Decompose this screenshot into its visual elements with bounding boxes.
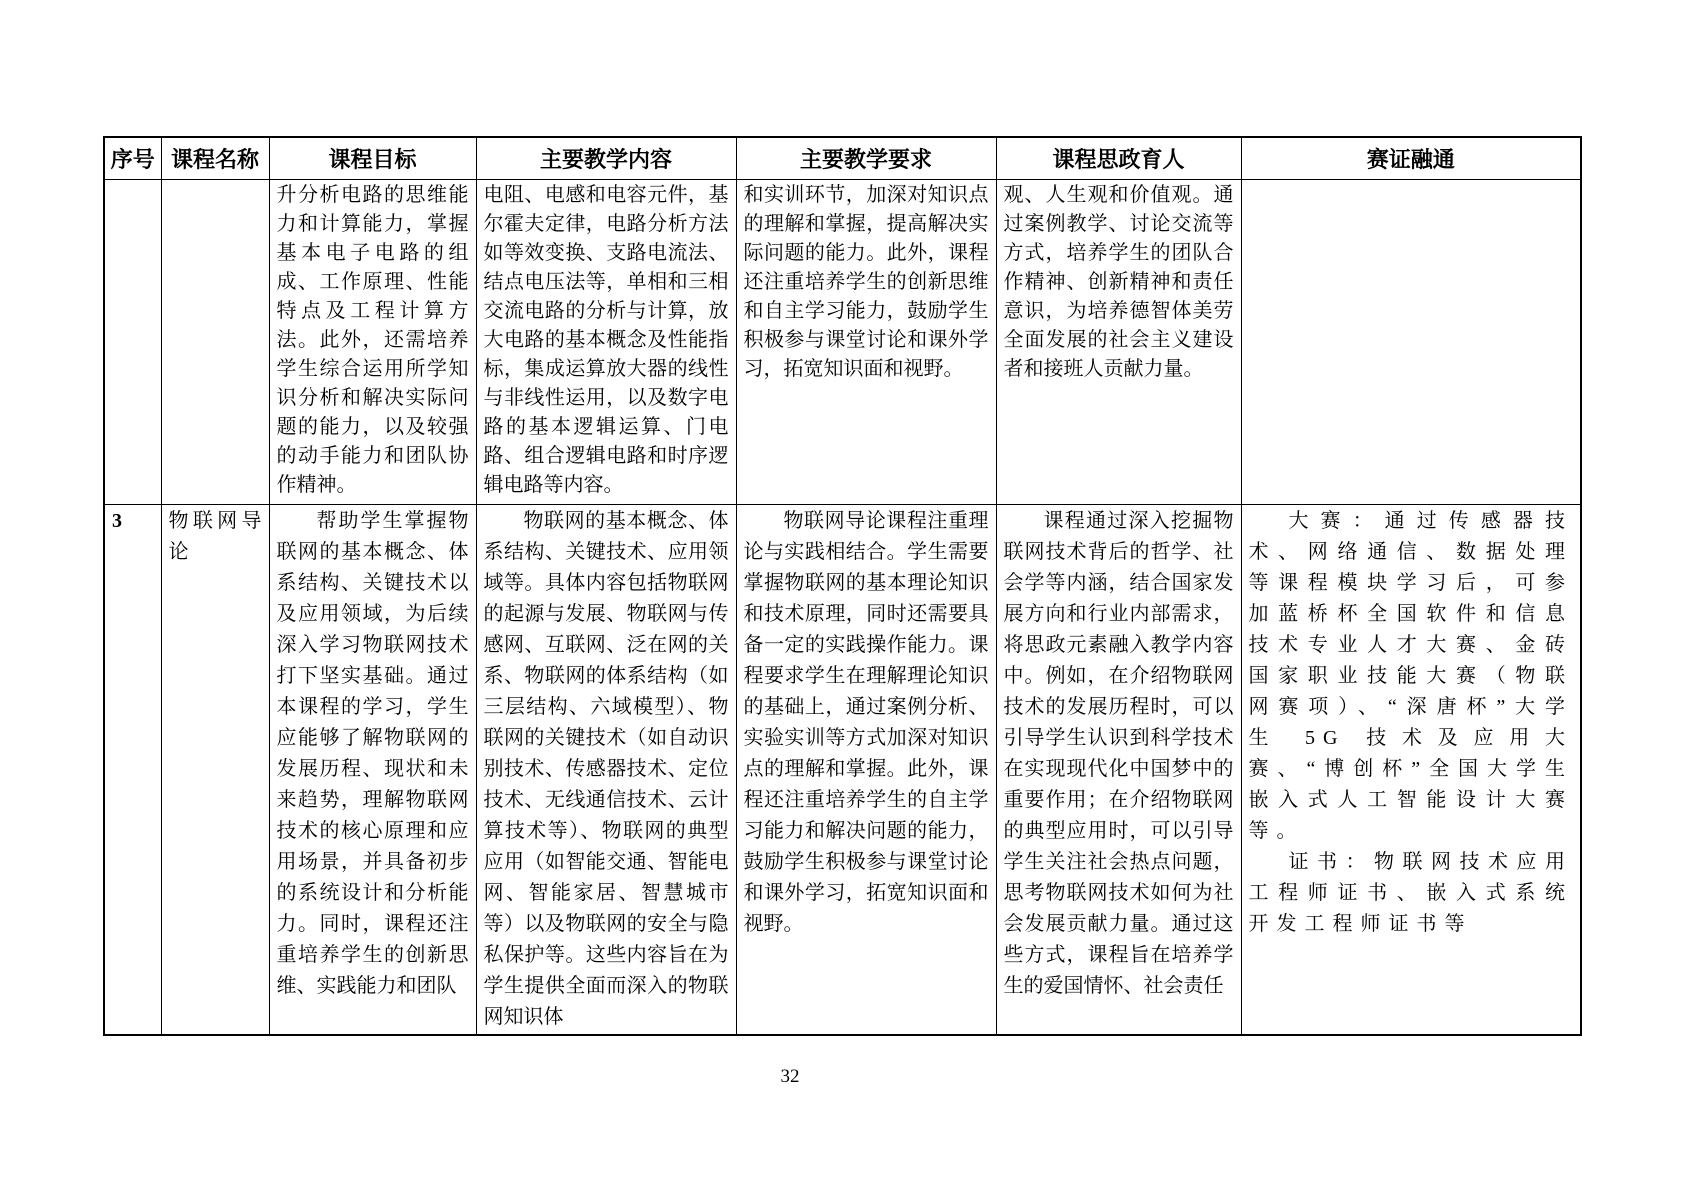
ideology-text: 课程通过深入挖掘物联网技术背后的哲学、社会学等内涵，结合国家发展方向和行业内部需…: [1004, 506, 1234, 1002]
course-name-value: 物联网导论: [169, 506, 262, 568]
cell-course-name: [161, 179, 269, 504]
cell-requirements: 物联网导论课程注重理论与实践相结合。学生需要掌握物联网的基本理论知识和技术原理，…: [736, 504, 996, 1035]
cell-seq: [104, 179, 161, 504]
requirements-text: 和实训环节，加深对知识点的理解和掌握，提高解决实际问题的能力。此外，课程还注重培…: [744, 181, 989, 384]
cell-certification: [1241, 179, 1581, 504]
content-text: 电阻、电感和电容元件，基尔霍夫定律，电路分析方法如等效变换、支路电流法、结点电压…: [484, 181, 729, 500]
header-content: 主要教学内容: [476, 137, 736, 179]
header-certification: 赛证融通: [1241, 137, 1581, 179]
cell-certification: 大赛：通过传感器技术、网络通信、数据处理等课程模块学习后，可参加蓝桥杯全国软件和…: [1241, 504, 1581, 1035]
content-text: 物联网的基本概念、体系结构、关键技术、应用领域等。具体内容包括物联网的起源与发展…: [484, 506, 729, 1033]
objectives-text: 升分析电路的思维能力和计算能力，掌握基本电子电路的组成、工作原理、性能特点及工程…: [277, 181, 469, 500]
header-objectives: 课程目标: [269, 137, 476, 179]
table-row-iot: 3 物联网导论 帮助学生掌握物联网的基本概念、体系结构、关键技术以及应用领域，为…: [104, 504, 1581, 1035]
course-table: 序号 课程名称 课程目标 主要教学内容 主要教学要求 课程思政育人 赛证融通 升…: [103, 136, 1582, 1036]
cell-ideology: 课程通过深入挖掘物联网技术背后的哲学、社会学等内涵，结合国家发展方向和行业内部需…: [996, 504, 1241, 1035]
table-row-continued: 升分析电路的思维能力和计算能力，掌握基本电子电路的组成、工作原理、性能特点及工程…: [104, 179, 1581, 504]
cell-seq: 3: [104, 504, 161, 1035]
header-ideology: 课程思政育人: [996, 137, 1241, 179]
seq-value: 3: [112, 506, 154, 537]
document-page: 序号 课程名称 课程目标 主要教学内容 主要教学要求 课程思政育人 赛证融通 升…: [0, 0, 1684, 1191]
cell-objectives: 帮助学生掌握物联网的基本概念、体系结构、关键技术以及应用领域，为后续深入学习物联…: [269, 504, 476, 1035]
page-number: 32: [0, 1066, 1580, 1088]
cell-content: 电阻、电感和电容元件，基尔霍夫定律，电路分析方法如等效变换、支路电流法、结点电压…: [476, 179, 736, 504]
table-header-row: 序号 课程名称 课程目标 主要教学内容 主要教学要求 课程思政育人 赛证融通: [104, 137, 1581, 179]
certification-certificate-text: 证书：物联网技术应用工程师证书、嵌入式系统开发工程师证书等: [1249, 847, 1574, 940]
cell-course-name: 物联网导论: [161, 504, 269, 1035]
certification-competition-text: 大赛：通过传感器技术、网络通信、数据处理等课程模块学习后，可参加蓝桥杯全国软件和…: [1249, 506, 1574, 847]
cell-ideology: 观、人生观和价值观。通过案例教学、讨论交流等方式，培养学生的团队合作精神、创新精…: [996, 179, 1241, 504]
requirements-text: 物联网导论课程注重理论与实践相结合。学生需要掌握物联网的基本理论知识和技术原理，…: [744, 506, 989, 940]
header-course-name: 课程名称: [161, 137, 269, 179]
header-seq: 序号: [104, 137, 161, 179]
cell-requirements: 和实训环节，加深对知识点的理解和掌握，提高解决实际问题的能力。此外，课程还注重培…: [736, 179, 996, 504]
ideology-text: 观、人生观和价值观。通过案例教学、讨论交流等方式，培养学生的团队合作精神、创新精…: [1004, 181, 1234, 384]
cell-content: 物联网的基本概念、体系结构、关键技术、应用领域等。具体内容包括物联网的起源与发展…: [476, 504, 736, 1035]
header-requirements: 主要教学要求: [736, 137, 996, 179]
objectives-text: 帮助学生掌握物联网的基本概念、体系结构、关键技术以及应用领域，为后续深入学习物联…: [277, 506, 469, 1002]
cell-objectives: 升分析电路的思维能力和计算能力，掌握基本电子电路的组成、工作原理、性能特点及工程…: [269, 179, 476, 504]
